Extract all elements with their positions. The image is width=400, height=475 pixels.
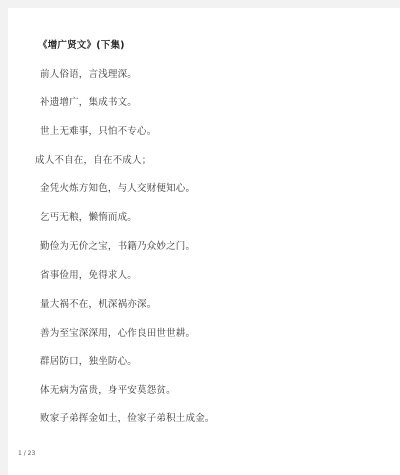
text-line: 勤俭为无价之宝，书籍乃众妙之门。 xyxy=(40,238,195,252)
text-line: 补遗增广，集成书文。 xyxy=(40,94,137,108)
text-line: 成人不自在，自在不成人； xyxy=(35,152,151,166)
text-line: 世上无难事，只怕不专心。 xyxy=(40,123,156,137)
text-line: 群居防口，独坐防心。 xyxy=(40,353,137,367)
text-line: 省事俭用，免得求人。 xyxy=(40,267,137,281)
text-line: 量大祸不在，机深祸亦深。 xyxy=(40,296,156,310)
text-line: 金凭火炼方知色，与人交财便知心。 xyxy=(40,180,195,194)
text-line: 前人俗语，言浅理深。 xyxy=(40,66,137,80)
page-indicator: 1 / 23 xyxy=(18,450,35,457)
document-title: 《增广贤文》(下集) xyxy=(38,37,125,51)
text-line: 体无病为富贵，身平安莫怨贫。 xyxy=(40,382,176,396)
text-line: 善为至宝深深用，心作良田世世耕。 xyxy=(40,325,195,339)
text-line: 乞丐无粮，懒惰而成。 xyxy=(40,209,137,223)
text-line: 败家子弟挥金如土，俭家子弟积土成金。 xyxy=(40,410,215,424)
document-page: 《增广贤文》(下集) 前人俗语，言浅理深。 补遗增广，集成书文。 世上无难事，只… xyxy=(8,8,400,475)
